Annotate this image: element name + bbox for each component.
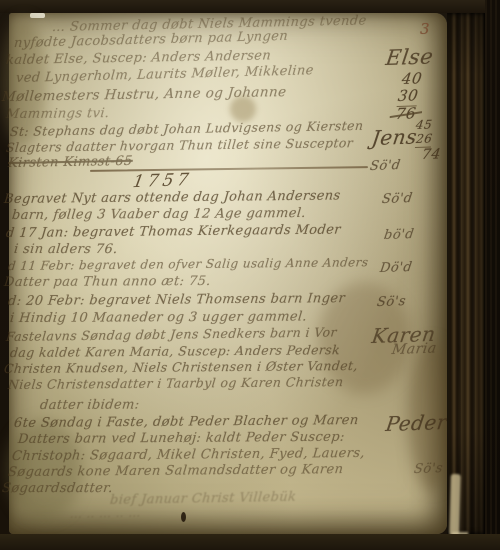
ink-blot [181, 512, 186, 522]
paper-stain [230, 96, 256, 122]
page-edge-highlight [449, 474, 461, 536]
paper-chip-mark [30, 13, 45, 18]
manuscript-scan: … Sommer dag døbt Niels Mammings tvenden… [0, 0, 500, 550]
paper-stain [6, 420, 82, 520]
paper-stain [318, 282, 410, 394]
book-fore-edge [447, 13, 485, 534]
paper-stain [2, 18, 46, 148]
year-heading: 1757 [131, 170, 194, 192]
book-cover-top-edge [0, 0, 500, 13]
book-cover-bottom-edge [0, 534, 500, 550]
book-cover-right-edge [485, 0, 500, 550]
